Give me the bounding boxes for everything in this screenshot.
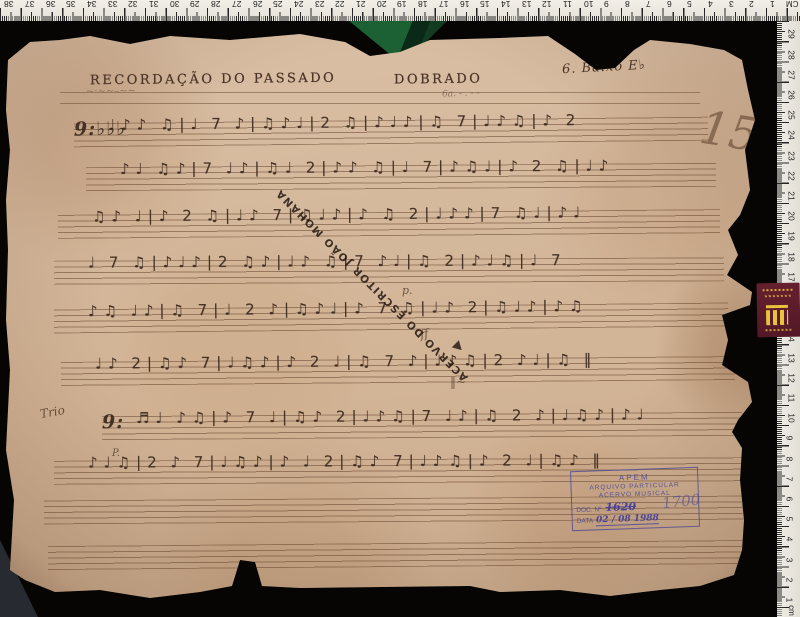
- ruler-number: 6: [784, 497, 794, 502]
- handwritten-notes: ♩♪♪ ♫|♩ 7 ♪|♫♪♩|2 ♫|♪♩♪|♫ 7|♩♪♫|♪ 2: [108, 111, 582, 134]
- handwritten-notes: ♪♩ ♫♪|7 ♩♪|♫♩ 2|♪♪ ♫|♩ 7|♪♫♩|♪ 2 ♫|♩♪: [120, 157, 614, 178]
- ruler-number: 14: [501, 0, 510, 9]
- handwritten-notes: ♪♩♫|2 ♪ 7|♩♫♪|♪ ♩ 2|♫♪ 7|♩♪♫|♪ 2 ♩|♫♪ ‖: [88, 451, 606, 472]
- handwritten-notes: ♩ 7 ♫|♪♩♪|2 ♫♪|♩♪ ♫|7 ♪♩|♫ 2|♪♩♫|♩ 7: [88, 251, 567, 272]
- ruler-number: 21: [356, 0, 365, 9]
- staff-system: 9:♭♭♭♩♪♪ ♫|♩ 7 ♪|♫♪♩|2 ♫|♪♩♪|♫ 7|♩♪♫|♪ 2: [74, 117, 708, 148]
- ruler-number: 27: [787, 70, 797, 79]
- manuscript-page: RECORDAÇÃO DO PASSADO DOBRADO 6. Baixo E…: [6, 28, 766, 604]
- ruler-number: 1: [784, 598, 794, 603]
- ruler-number: 33: [108, 0, 117, 9]
- top-ruler: 3837363534333231302928272625242322212019…: [0, 0, 800, 21]
- ruler-number: 12: [542, 0, 551, 9]
- ruler-number: 7: [646, 0, 651, 9]
- ruler-number: 34: [87, 0, 96, 9]
- ruler-number: 35: [66, 0, 75, 9]
- ruler-number: 27: [232, 0, 241, 9]
- handwriting-mark: ~·~~–~~: [86, 86, 136, 98]
- ruler-number: 9: [784, 436, 794, 441]
- ruler-number: 8: [625, 0, 630, 9]
- ruler-number: 18: [787, 252, 797, 261]
- handwritten-notes: ♬♩ ♪♫|♪ 7 ♩|♫♪ 2|♩♪♫|7 ♩♪|♫ 2 ♪|♩♫♪|♪♩: [136, 405, 650, 427]
- ruler-number: 4: [784, 537, 794, 542]
- sticker-text-marks: [765, 328, 791, 334]
- staff-system: [48, 540, 752, 570]
- clef-and-key-signature: 9:: [102, 411, 124, 433]
- ruler-number: 13: [787, 353, 797, 362]
- page-subtitle: DOBRADO: [394, 72, 483, 88]
- ruler-number: 28: [787, 50, 797, 59]
- ruler-number: 4: [708, 0, 713, 9]
- ruler-number: 13: [522, 0, 531, 9]
- ruler-number: 16: [460, 0, 469, 9]
- staff-system: ♩♪ 2|♫♪ 7|♩♫♪|♪ 2 ♩|♫ 7 ♪|♩♪♫|2 ♪♩|♫ ‖: [61, 356, 735, 386]
- staff-system: ♫♪ ♩|♪ 2 ♫|♩♪ 7|♫♩♪|♪ ♫ 2|♩♪♪|7 ♫♩|♪♩: [58, 209, 720, 239]
- scanned-manuscript-scene: RECORDAÇÃO DO PASSADO DOBRADO 6. Baixo E…: [0, 0, 800, 617]
- handwriting-mark: 6a. - . - -: [442, 88, 480, 99]
- ruler-number: 19: [397, 0, 406, 9]
- ruler-number: 22: [335, 0, 344, 9]
- ruler-number: 6: [667, 0, 672, 9]
- ruler-number: 17: [439, 0, 448, 9]
- stamp-date-value: 02 / 08 1988: [596, 513, 659, 526]
- ruler-number: 15: [480, 0, 489, 9]
- ruler-number: 10: [584, 0, 593, 9]
- ruler-number: 9: [604, 0, 609, 9]
- title-staff-line: [60, 92, 700, 93]
- ruler-number: 38: [4, 0, 13, 9]
- ruler-number: 3: [784, 557, 794, 562]
- ruler-number: 30: [170, 0, 179, 9]
- ruler-number: 29: [190, 0, 199, 9]
- archive-sticker: [757, 283, 800, 338]
- ruler-number: 17: [787, 272, 797, 281]
- ruler-number: 22: [787, 171, 797, 180]
- ruler-number: 31: [149, 0, 158, 9]
- stamp-doc-number-old: 1620: [605, 500, 636, 514]
- sticker-text-marks: [763, 287, 793, 302]
- ruler-number: 26: [787, 90, 797, 99]
- handwriting-mark: Trio: [39, 403, 66, 421]
- staff-system: ♪♩ ♫♪|7 ♩♪|♫♩ 2|♪♪ ♫|♩ 7|♪♫♩|♪ 2 ♫|♩♪: [86, 163, 716, 191]
- ruler-number: 23: [787, 151, 797, 160]
- handwritten-notes: ♫♪ ♩|♪ 2 ♫|♩♪ 7|♫♩♪|♪ ♫ 2|♩♪♪|7 ♫♩|♪♩: [92, 203, 586, 225]
- stamp-date-label: DATA: [577, 517, 594, 525]
- ruler-number: 7: [784, 476, 794, 481]
- ruler-number: 29: [787, 30, 797, 39]
- ruler-number: 8: [784, 456, 794, 461]
- right-ruler-unit: cm: [787, 605, 796, 616]
- ruler-number: 2: [749, 0, 754, 9]
- handwritten-notes: ♪♫ ♩♪|♫ 7|♩ 2 ♪|♫♪♩|♪ 7 ♫|♩♪ 2|♫♩♪|♪♫: [88, 297, 589, 320]
- ruler-number: 12: [787, 373, 797, 382]
- ruler-number: 24: [787, 131, 797, 140]
- ruler-number: 26: [253, 0, 262, 9]
- ruler-number: 3: [729, 0, 734, 9]
- title-staff-line: [60, 103, 700, 104]
- ruler-number: 11: [786, 394, 796, 403]
- archive-emblem-icon: [766, 305, 788, 325]
- ruler-number: 19: [787, 232, 797, 241]
- instrument-label: 6. Baixo E♭: [562, 58, 647, 77]
- ruler-number: 25: [273, 0, 282, 9]
- ruler-number: 11: [563, 0, 572, 9]
- stamp-doc-number-new: 1700: [661, 490, 701, 512]
- ruler-number: 23: [315, 0, 324, 9]
- ruler-number: 20: [377, 0, 386, 9]
- ruler-number: 5: [687, 0, 692, 9]
- ruler-number: 32: [128, 0, 137, 9]
- ruler-number: 20: [787, 211, 797, 220]
- handwriting-mark: p.: [402, 284, 413, 297]
- ruler-number: 2: [784, 577, 794, 582]
- archive-stamp: APEM ARQUIVO PARTICULAR ACERVO MUSICAL D…: [570, 467, 700, 531]
- handwriting-mark: P.: [112, 448, 120, 459]
- ruler-number: 24: [294, 0, 303, 9]
- ruler-number: 5: [784, 517, 794, 522]
- ruler-number: 25: [787, 110, 797, 119]
- ruler-number: 10: [787, 413, 797, 422]
- stamp-doc-label: DOC. Nº: [576, 506, 601, 514]
- staff-system: ♩ 7 ♫|♪♩♪|2 ♫♪|♩♪ ♫|7 ♪♩|♫ 2|♪♩♫|♩ 7: [54, 257, 724, 285]
- ruler-number: 18: [418, 0, 427, 9]
- staff-system: 9:♬♩ ♪♫|♪ 7 ♩|♫♪ 2|♩♪♫|7 ♩♪|♫ 2 ♪|♩♫♪|♪♩: [102, 412, 742, 440]
- top-ruler-unit: CM: [786, 0, 798, 8]
- ruler-number: 36: [46, 0, 55, 9]
- ruler-number: 28: [211, 0, 220, 9]
- ruler-number: 1: [770, 0, 775, 9]
- ruler-number: 37: [25, 0, 34, 9]
- handwritten-notes: ♩♪ 2|♫♪ 7|♩♫♪|♪ 2 ♩|♫ 7 ♪|♩♪♫|2 ♪♩|♫ ‖: [95, 350, 597, 372]
- ruler-number: 21: [787, 191, 797, 200]
